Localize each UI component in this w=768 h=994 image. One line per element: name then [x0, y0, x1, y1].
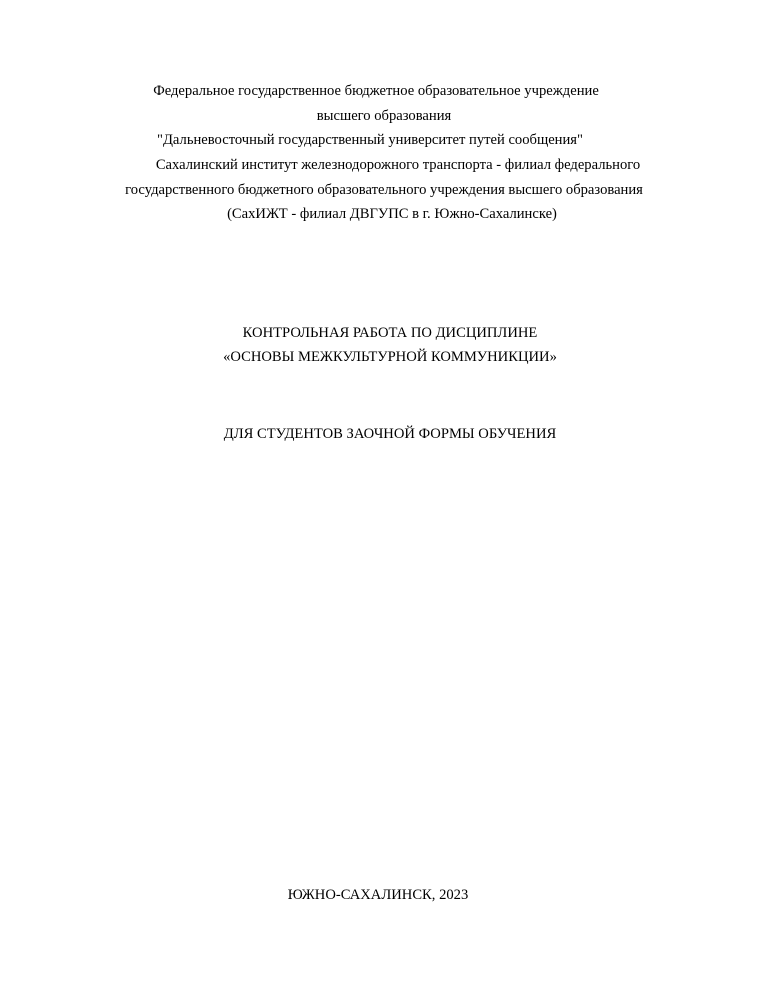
header-line-institute: Сахалинский институт железнодорожного тр…: [14, 156, 768, 174]
header-line-university: "Дальневосточный государственный универс…: [0, 131, 754, 149]
header-line-ministry: Федеральное государственное бюджетное об…: [0, 82, 760, 100]
header-line-institute-cont: государственного бюджетного образователь…: [0, 181, 768, 199]
header-line-abbreviation: (СахИЖТ - филиал ДВГУПС в г. Южно-Сахали…: [8, 205, 768, 223]
header-line-education-level: высшего образования: [0, 107, 768, 125]
audience-line: ДЛЯ СТУДЕНТОВ ЗАОЧНОЙ ФОРМЫ ОБУЧЕНИЯ: [6, 425, 768, 443]
title-line-assignment: КОНТРОЛЬНАЯ РАБОТА ПО ДИСЦИПЛИНЕ: [6, 324, 768, 342]
title-line-discipline: «ОСНОВЫ МЕЖКУЛЬТУРНОЙ КОММУНИКЦИИ»: [6, 348, 768, 366]
footer-city-year: ЮЖНО-САХАЛИНСК, 2023: [0, 886, 762, 904]
